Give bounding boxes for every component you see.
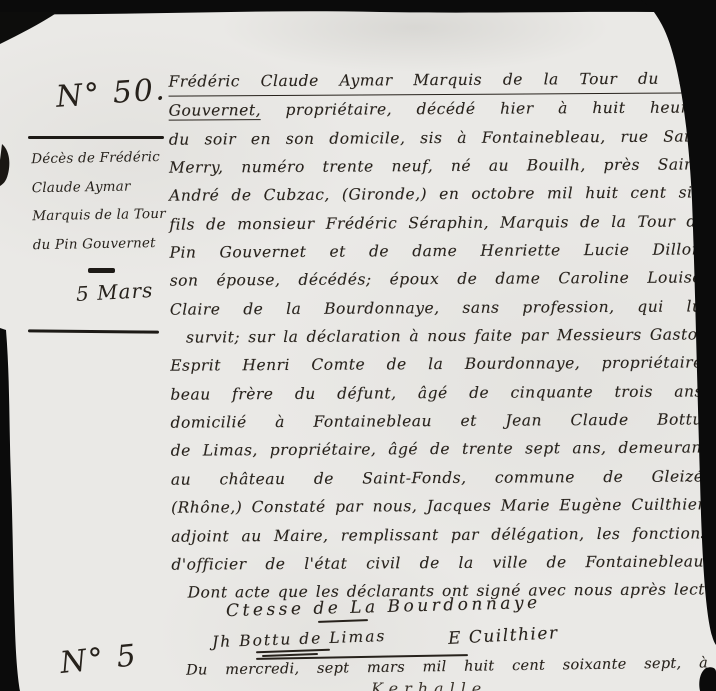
left-ink-mark [0,144,9,186]
scan-edge-top-left-wedge [0,12,58,44]
scanned-register-page: N° 50. Décès de Frédéric Claude Aymar Ma… [0,0,716,691]
scan-edge-left [0,328,20,691]
scan-edge-right [640,0,716,645]
scan-edge-right-blob [699,667,716,691]
scan-edge-artifacts [0,0,716,691]
scan-edge-top [0,0,716,14]
